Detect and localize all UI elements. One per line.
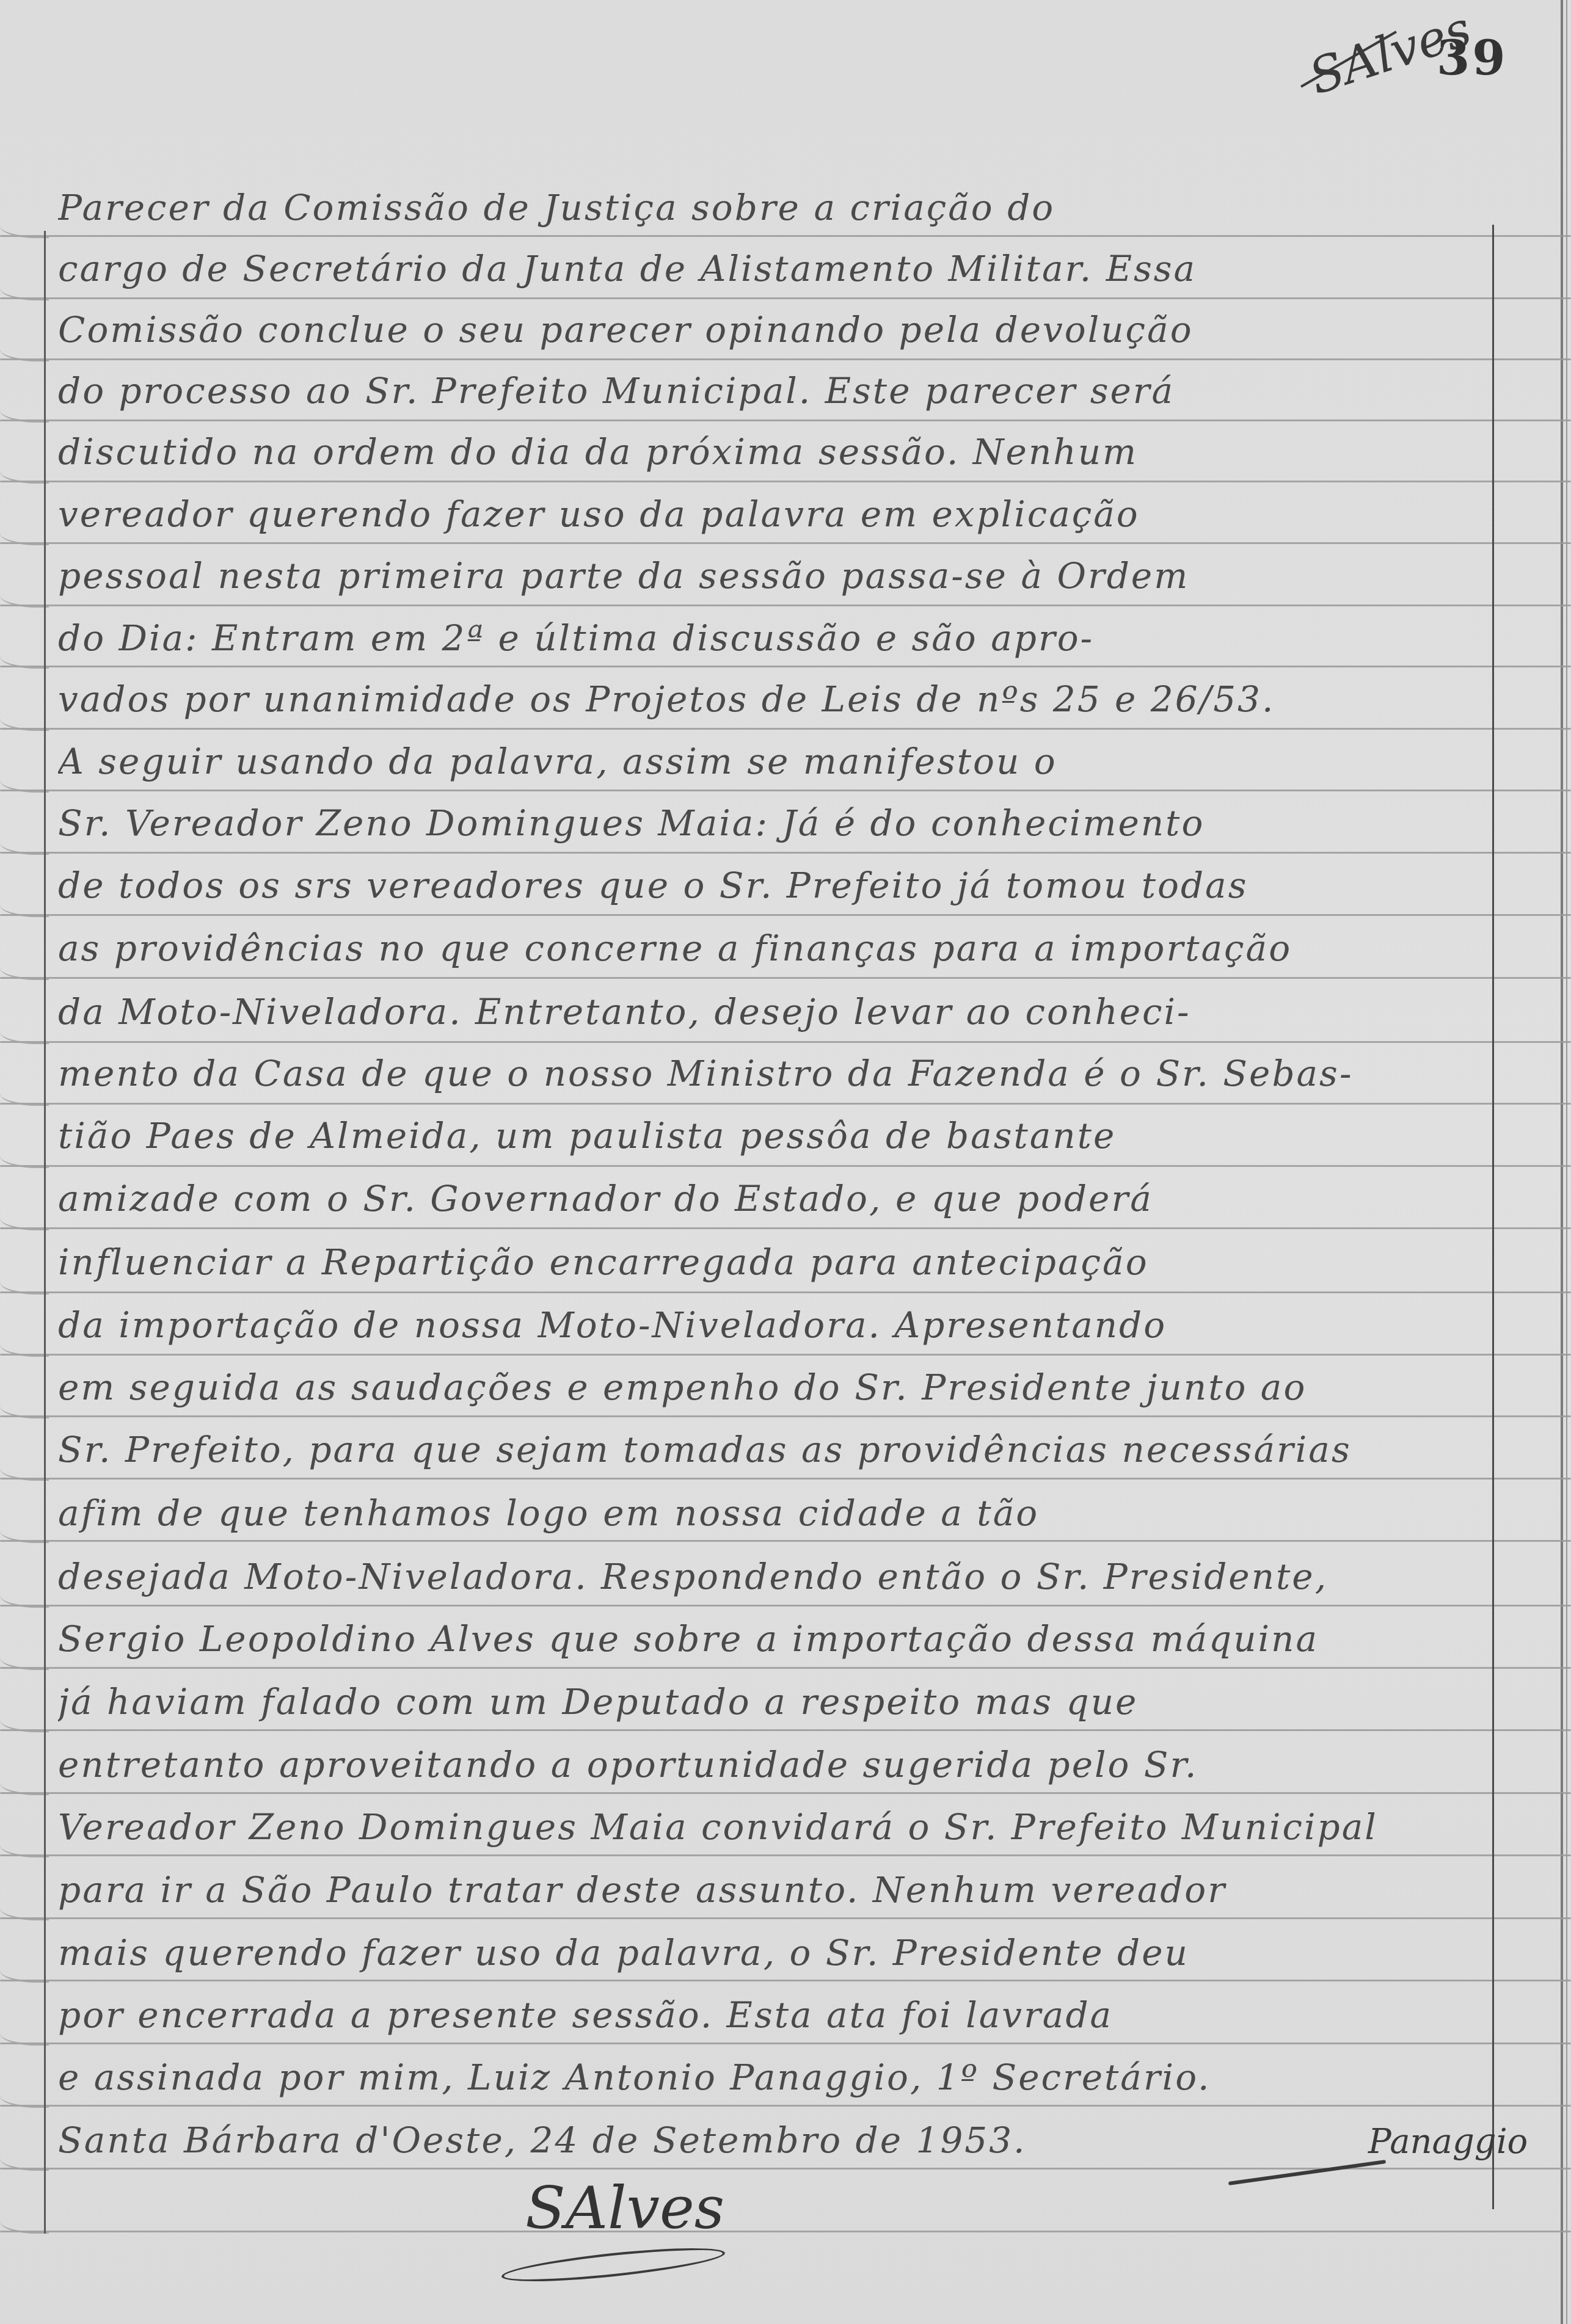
text-line: tião Paes de Almeida, um paulista pessôa… [58, 1105, 1487, 1166]
text-line: amizade com o Sr. Governador do Estado, … [58, 1168, 1487, 1229]
text-line: A seguir usando da palavra, assim se man… [58, 731, 1487, 792]
text-line: por encerrada a presente sessão. Esta at… [58, 1984, 1487, 2046]
text-line: e assinada por mim, Luiz Antonio Panaggi… [58, 2047, 1487, 2108]
text-line: vados por unanimidade os Projetos de Lei… [58, 669, 1487, 730]
text-line: para ir a São Paulo tratar deste assunto… [58, 1859, 1487, 1920]
text-line: desejada Moto-Niveladora. Respondendo en… [58, 1546, 1487, 1607]
text-line: da importação de nossa Moto-Niveladora. … [58, 1295, 1487, 1356]
president-signature: SAlves [525, 2174, 724, 2242]
text-line: cargo de Secretário da Junta de Alistame… [58, 238, 1487, 299]
secretary-signature: Panaggio [1368, 2122, 1528, 2162]
ruling-line [0, 2231, 1571, 2232]
text-line: Sr. Prefeito, para que sejam tomadas as … [58, 1419, 1487, 1480]
text-line: mais querendo fazer uso da palavra, o Sr… [58, 1922, 1487, 1983]
text-line: afim de que tenhamos logo em nossa cidad… [58, 1483, 1487, 1544]
text-line-closing: Santa Bárbara d'Oeste, 24 de Setembro de… [58, 2110, 1249, 2171]
text-line: de todos os srs vereadores que o Sr. Pre… [58, 855, 1487, 916]
text-line: Sr. Vereador Zeno Domingues Maia: Já é d… [58, 793, 1487, 854]
text-line: discutido na ordem do dia da próxima ses… [58, 421, 1487, 482]
text-line: Parecer da Comissão de Justiça sobre a c… [58, 177, 1487, 238]
page-edge-line-inner [1566, 0, 1567, 2324]
text-line: Sergio Leopoldino Alves que sobre a impo… [58, 1608, 1487, 1669]
text-line: já haviam falado com um Deputado a respe… [58, 1671, 1487, 1732]
text-line: influenciar a Repartição encarregada par… [58, 1232, 1487, 1293]
text-line: pessoal nesta primeira parte da sessão p… [58, 545, 1487, 606]
page-number: 39 [1437, 31, 1508, 86]
text-line: do processo ao Sr. Prefeito Municipal. E… [58, 360, 1487, 421]
text-line: do Dia: Entram em 2ª e última discussão … [58, 608, 1487, 669]
right-margin-line [1492, 225, 1494, 2209]
text-line: entretanto aproveitando a oportunidade s… [58, 1734, 1487, 1795]
president-signature-flourish [500, 2242, 726, 2288]
page-edge-line [1561, 0, 1563, 2324]
text-line: Vereador Zeno Domingues Maia convidará o… [58, 1796, 1487, 1857]
ledger-page: SAlves 39 Parecer da Comissão de Justiça… [0, 0, 1571, 2324]
text-line: da Moto-Niveladora. Entretanto, desejo l… [58, 981, 1487, 1042]
text-line: mento da Casa de que o nosso Ministro da… [58, 1043, 1487, 1104]
text-line: vereador querendo fazer uso da palavra e… [58, 484, 1487, 545]
secretary-signature-flourish [1228, 2160, 1386, 2185]
text-line: Comissão conclue o seu parecer opinando … [58, 299, 1487, 360]
text-line: as providências no que concerne a finanç… [58, 918, 1487, 979]
left-margin-line [44, 231, 46, 2234]
text-line: em seguida as saudações e empenho do Sr.… [58, 1357, 1487, 1418]
